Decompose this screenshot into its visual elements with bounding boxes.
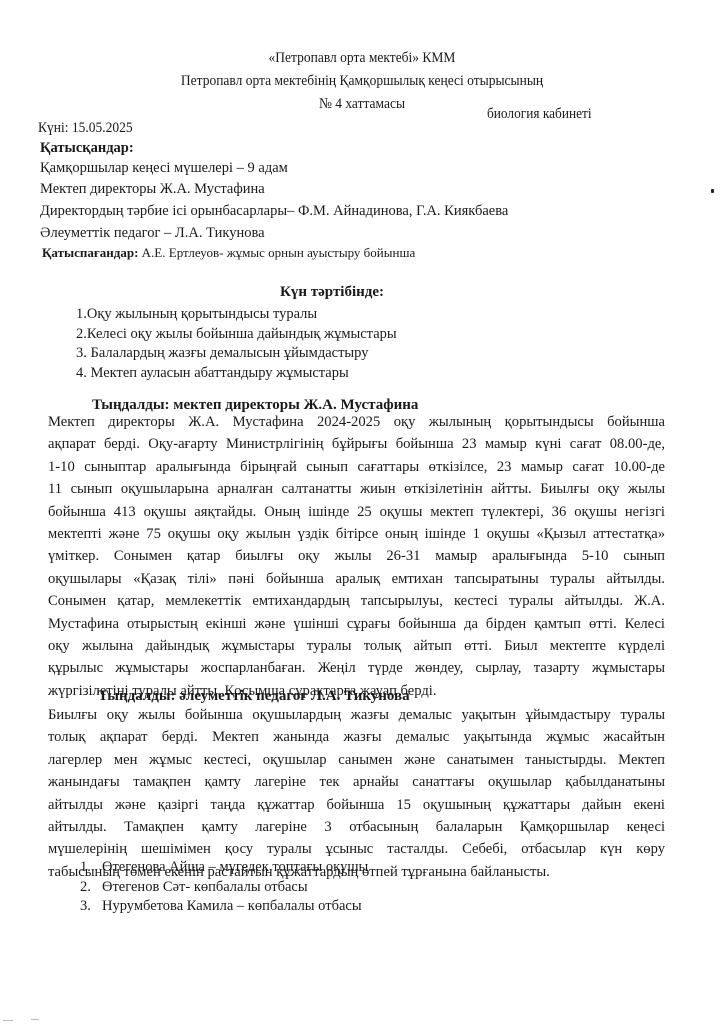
attendee-item: Әлеуметтік педагог – Л.А. Тикунова xyxy=(40,225,265,242)
student-item: 2.Өтегенов Сәт- көпбалалы отбасы xyxy=(80,878,368,898)
agenda-item: 2.Келесі оқу жылы бойынша дайындық жұмыс… xyxy=(76,325,397,345)
scan-speck xyxy=(711,189,714,193)
text-line: жанындағы тамақпен қамту лагеріне тек ар… xyxy=(48,771,665,793)
location-label: биология кабинеті xyxy=(487,106,592,123)
student-item: 1.Өтегенова Айша – мүгедек топтағы оқушы xyxy=(80,858,368,878)
agenda-list: 1.Оқу жылының қорытындысы туралы 2.Келес… xyxy=(76,305,397,383)
meeting-title: Петропавл орта мектебінің Қамқоршылық ке… xyxy=(36,73,688,90)
agenda-item: 3. Балалардың жазғы демалысын ұйымдастыр… xyxy=(76,344,397,364)
section2-heading: Тыңдалды: әлеуметтік педагог Л.А. Тикуно… xyxy=(98,688,410,705)
text-line: 1-10 сыныптар аралығында бірыңғай сынып … xyxy=(48,456,665,478)
agenda-item: 4. Мектеп ауласын абаттандыру жұмыстары xyxy=(76,364,397,384)
absent-text: А.Е. Ертлеуов- жұмыс орнын ауыстыру бойы… xyxy=(138,245,415,260)
student-item: 3.Нурумбетова Камила – көпбалалы отбасы xyxy=(80,897,368,917)
text-line: лагерлер мен жұмыс кестесі, оқушылар сан… xyxy=(48,749,665,771)
scan-mark xyxy=(3,1020,13,1021)
org-title: «Петропавл орта мектебі» КММ xyxy=(36,50,688,67)
document-page: «Петропавл орта мектебі» КММ Петропавл о… xyxy=(0,0,724,1024)
text-line: айтылды. Тамақпен қамту лагеріне 3 отбас… xyxy=(48,816,665,838)
text-line: Сонымен қатар, мемлекеттік емтихандардың… xyxy=(48,590,665,612)
attendees-title: Қатысқандар: xyxy=(40,140,134,157)
absent-row: Қатыспағандар: А.Е. Ертлеуов- жұмыс орны… xyxy=(42,245,415,261)
text-line: үміткер. Сонымен қатар биылғы оқу жылы 2… xyxy=(48,545,665,567)
attendee-item: Мектеп директоры Ж.А. Мустафина xyxy=(40,181,265,198)
attendee-item: Қамқоршылар кеңесі мүшелері – 9 адам xyxy=(40,160,288,177)
absent-label: Қатыспағандар: xyxy=(42,245,138,260)
text-line: толық ақпарат берді. Мектеп жанында жазғ… xyxy=(48,726,665,748)
text-line: бойынша 413 оқушы аяқтайды. Оның ішінде … xyxy=(48,501,665,523)
text-line: оқушылары «Қазақ тілі» пәні бойынша арал… xyxy=(48,568,665,590)
text-line: 11 сынып оқушыларына арналған салтанатты… xyxy=(48,478,665,500)
text-line: құрылыс жұмыстары жоспарланбаған. Жеңіл … xyxy=(48,657,665,679)
meeting-date: Күні: 15.05.2025 xyxy=(38,120,133,137)
text-line: айтылды және қазіргі таңда құжаттар бойы… xyxy=(48,794,665,816)
section1-body: Мектеп директоры Ж.А. Мустафина 2024-202… xyxy=(48,411,665,702)
scan-mark xyxy=(31,1019,39,1020)
section2-body: Биылғы оқу жылы бойынша оқушылардың жазғ… xyxy=(48,704,665,883)
text-line: мектепті және 75 оқушы оқу жылын үздік б… xyxy=(48,523,665,545)
text-line: ақпарат берді. Оқу-ағарту Министрлігінің… xyxy=(48,433,665,455)
text-line: Мектеп директоры Ж.А. Мустафина 2024-202… xyxy=(48,411,665,433)
text-line: Мустафина отырыстың екінші және үшінші с… xyxy=(48,613,665,635)
agenda-item: 1.Оқу жылының қорытындысы туралы xyxy=(76,305,397,325)
attendee-item: Директордың тәрбие ісі орынбасарлары– Ф.… xyxy=(40,203,508,220)
student-list: 1.Өтегенова Айша – мүгедек топтағы оқушы… xyxy=(80,858,368,917)
text-line: Биылғы оқу жылы бойынша оқушылардың жазғ… xyxy=(48,704,665,726)
text-line: оқу жылына дайындық жұмыстары туралы тол… xyxy=(48,635,665,657)
agenda-title: Күн тәртібінде: xyxy=(280,284,384,301)
